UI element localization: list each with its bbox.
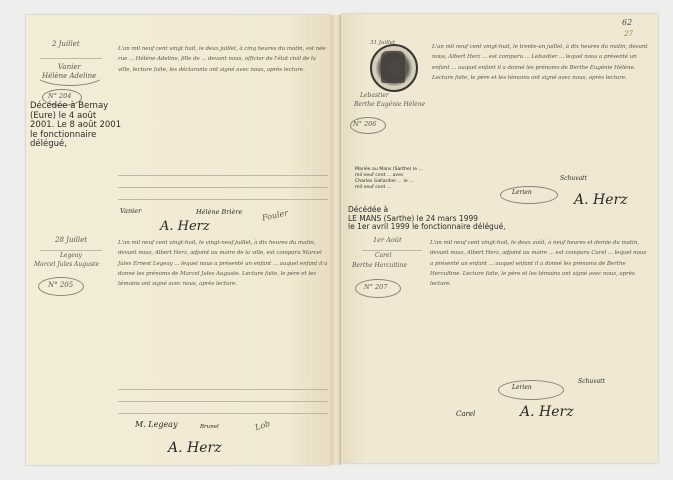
signature: Vanier [120,207,141,215]
signature: Hélène Brière [196,208,242,216]
ruled-line [118,175,328,176]
entry-body-text: L'an mil neuf cent vingt-huit, le vingt-… [118,238,328,289]
entry-date: 28 Juillet [55,236,87,244]
ruled-line [118,187,328,188]
entry-given-names: Marcel Jules Auguste [34,261,99,268]
entry-body-text: L'an mil neuf cent vingt-huit, le trente… [432,42,650,83]
ruled-line [118,389,328,390]
signature: Schuvatt [578,378,605,385]
death-annotation: Décédée à LE MANS (Sarthe) le 24 mars 19… [348,206,506,232]
divider [362,250,422,251]
ruled-line [118,199,328,200]
name-bracket [34,60,106,86]
ruled-line [118,413,328,414]
margin-note-line: mil neuf cent ... [355,185,423,191]
act-number: N° 205 [48,281,73,289]
entry-surname: Lebastier [360,92,389,99]
signature-officer: A. Herz [168,440,222,456]
signature-officer: A. Herz [574,192,628,208]
signature: Carel [456,410,475,418]
secondary-page-number: 27 [624,30,633,38]
signature: M. Legeay [135,420,177,429]
entry-surname: Carel [375,252,392,259]
act-number: N° 206 [353,120,376,128]
divider [40,250,102,251]
divider [40,58,102,59]
book-gutter [331,15,341,465]
signature: Lerien [512,384,532,391]
signature-officer: A. Herz [160,219,210,234]
entry-date: 1er Août [373,236,402,244]
ruled-line [118,401,328,402]
act-number: N° 204 [48,92,71,100]
entry-date: 2 Juillet [52,40,80,48]
act-number: N° 207 [364,283,387,291]
signature-officer: A. Herz [520,404,574,420]
entry-surname: Legeay [60,252,82,259]
marriage-margin-note: Mariée au Mans (Sarthe) le ... mil neuf … [355,167,423,191]
folio-number: 62 [622,18,632,27]
signature: Brunel [200,424,219,430]
republique-francaise-seal-stamp [370,44,418,92]
entry-given-names: Berthe Hercultine [352,262,407,269]
annotation-line: le 1er avril 1999 le fonctionnaire délég… [348,223,506,232]
entry-given-names: Berthe Eugénie Hélène [354,101,425,108]
signature: Schuvatt [560,175,587,182]
entry-body-text: L'an mil neuf cent vingt huit, le deux j… [118,44,328,75]
signature: Lerien [512,189,532,196]
death-annotation: Décédée à Bernay (Eure) le 4 août 2001. … [30,102,121,150]
entry-body-text: L'an mil neuf cent vingt-huit, le deux a… [430,238,650,289]
marianne-figure-icon [381,51,405,83]
annotation-line: délégué, [30,140,121,150]
